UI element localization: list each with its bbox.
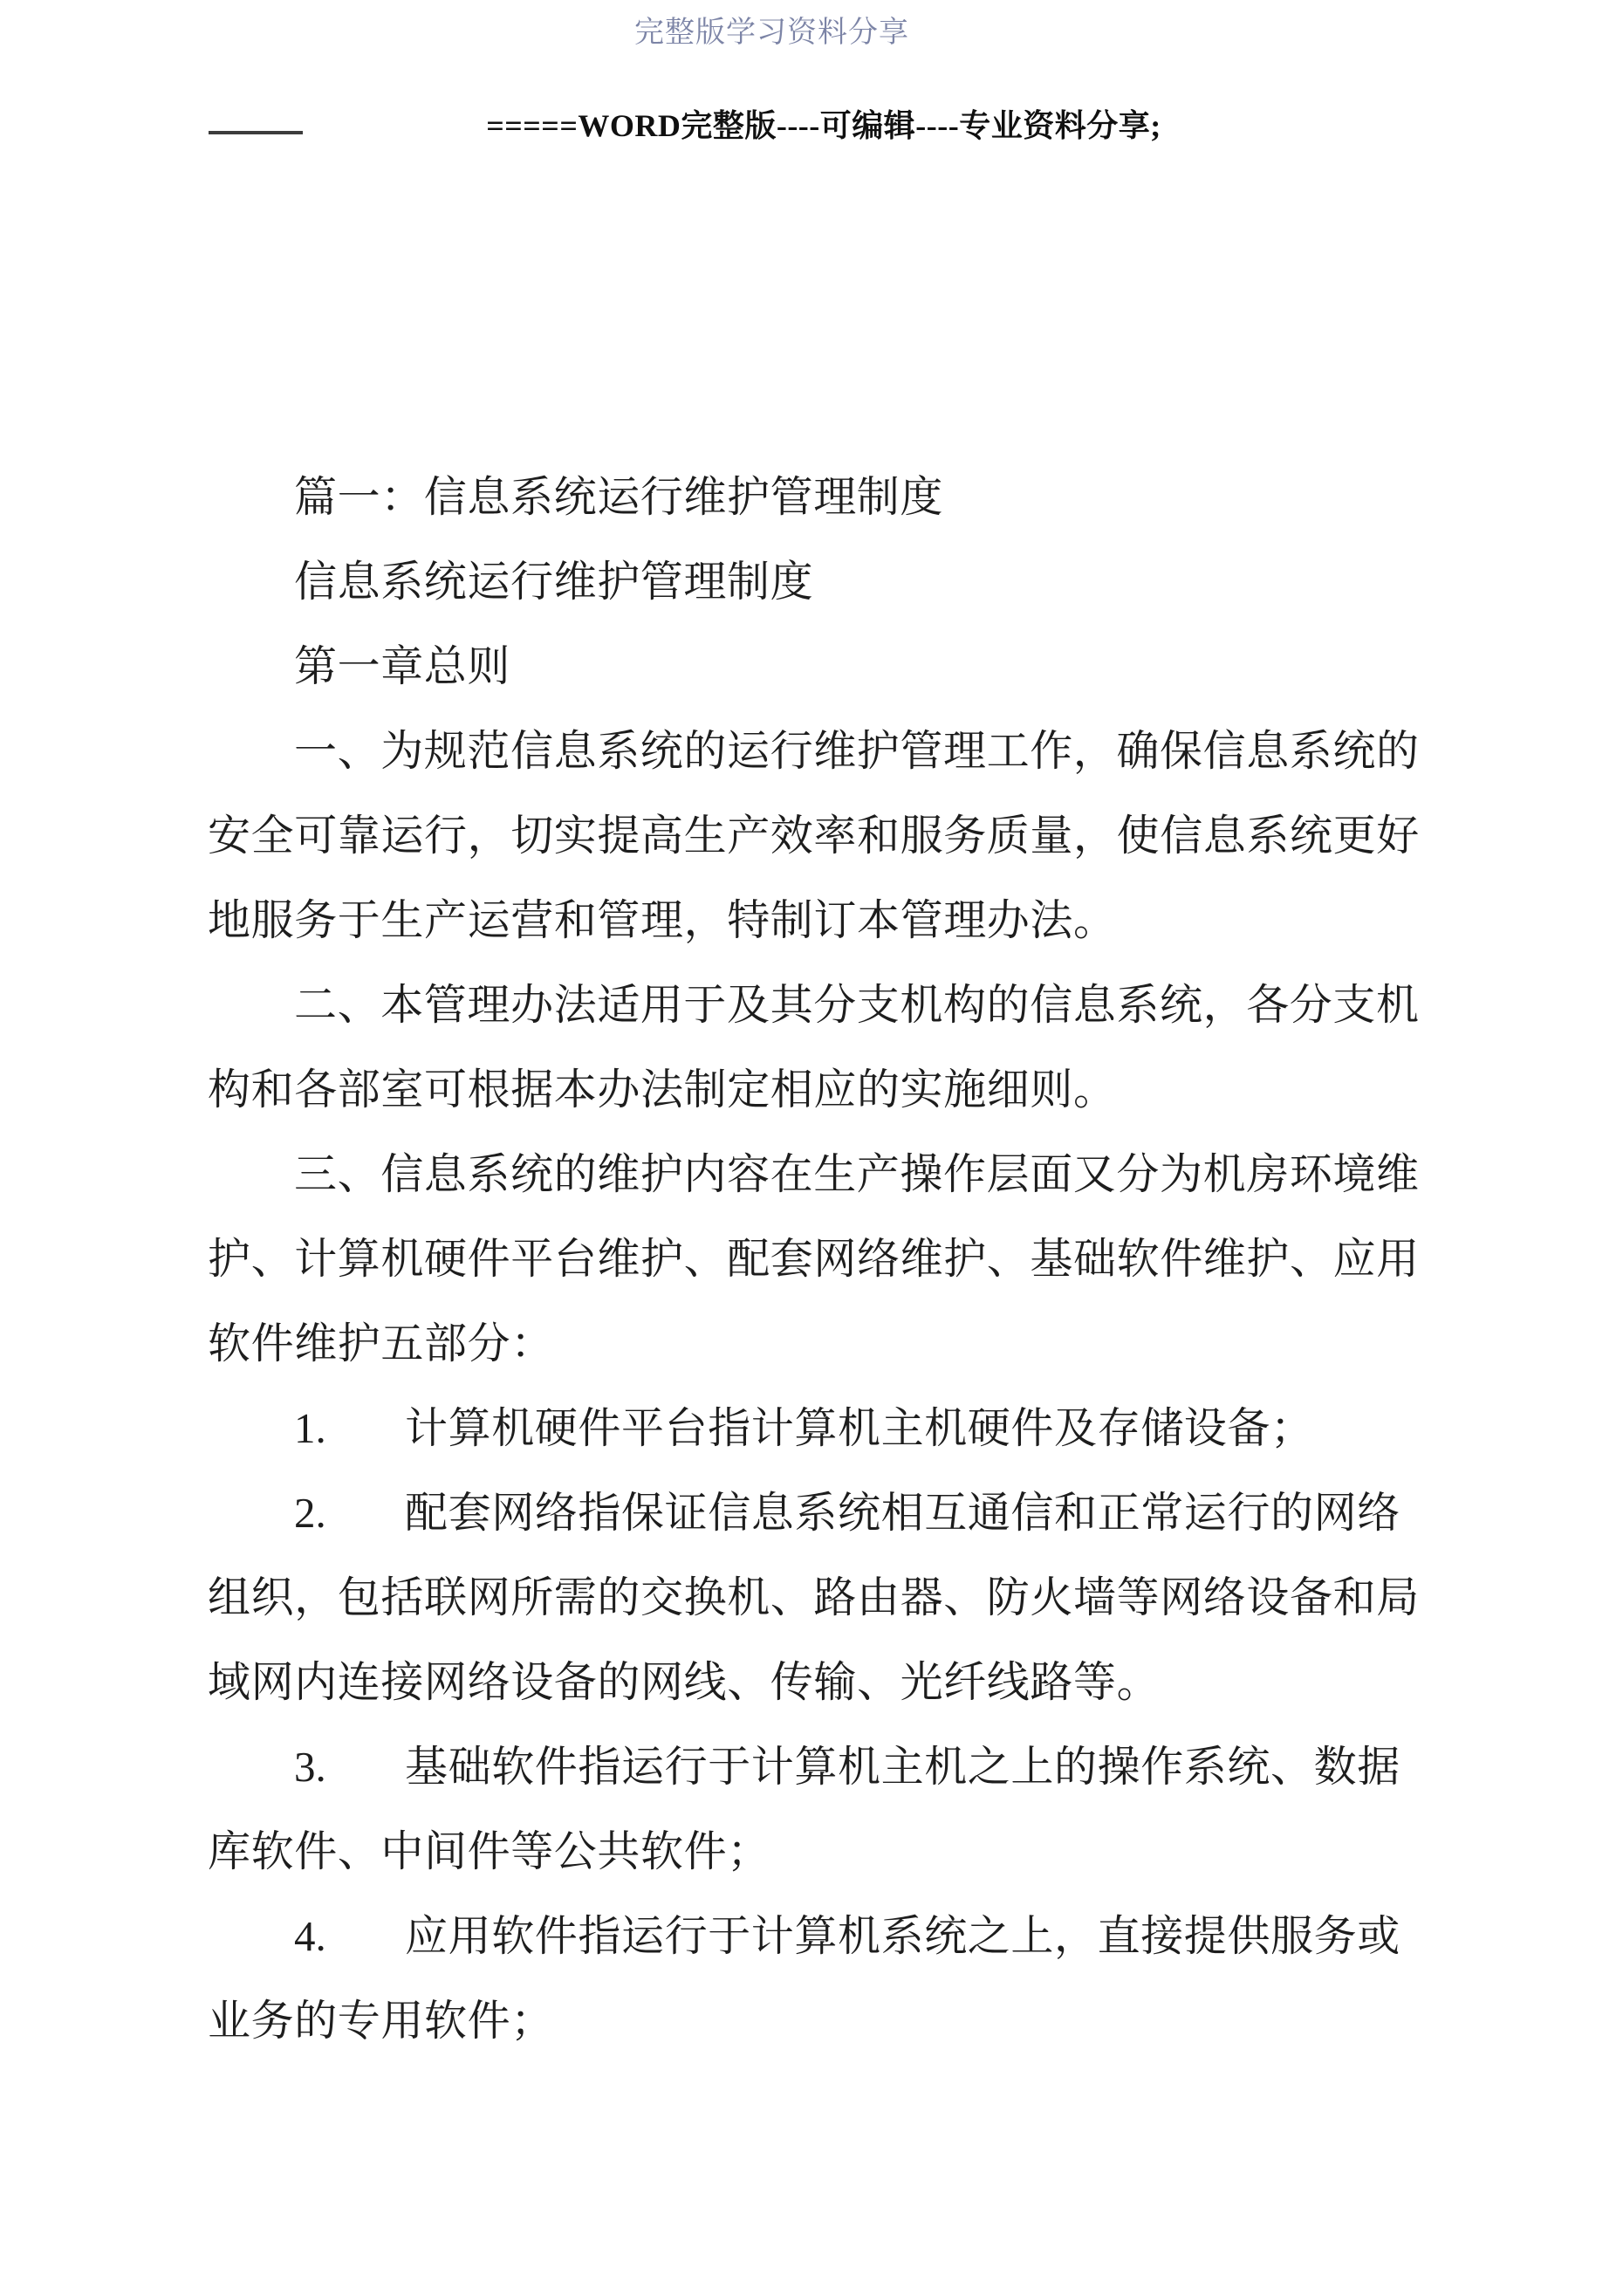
document-page: 完整版学习资料分享 =====WORD完整版----可编辑----专业资料分享;… bbox=[0, 0, 1623, 2296]
text-line: 构和各部室可根据本办法制定相应的实施细则。 bbox=[208, 1047, 1433, 1132]
line-text: 基础软件指运行于计算机主机之上的操作系统、数据 bbox=[405, 1743, 1400, 1791]
text-line: 4.应用软件指运行于计算机系统之上，直接提供服务或 bbox=[208, 1894, 1433, 1978]
text-line: 信息系统运行维护管理制度 bbox=[208, 539, 1433, 624]
line-text: 应用软件指运行于计算机系统之上，直接提供服务或 bbox=[405, 1912, 1400, 1960]
text-line: 组织，包括联网所需的交换机、路由器、防火墙等网络设备和局 bbox=[208, 1555, 1433, 1640]
text-line: 安全可靠运行，切实提高生产效率和服务质量，使信息系统更好 bbox=[208, 793, 1433, 878]
text-line: 软件维护五部分： bbox=[208, 1301, 1433, 1386]
list-number: 2. bbox=[294, 1470, 405, 1555]
text-line: 域网内连接网络设备的网线、传输、光纤线路等。 bbox=[208, 1640, 1433, 1724]
text-line: 二、本管理办法适用于及其分支机构的信息系统，各分支机 bbox=[208, 963, 1433, 1047]
text-line: 地服务于生产运营和管理，特制订本管理办法。 bbox=[208, 878, 1433, 963]
text-line: 第一章总则 bbox=[208, 624, 1433, 709]
list-number: 1. bbox=[294, 1386, 405, 1470]
header-note: =====WORD完整版----可编辑----专业资料分享; bbox=[12, 101, 1623, 146]
text-line: 3.基础软件指运行于计算机主机之上的操作系统、数据 bbox=[208, 1724, 1433, 1809]
text-line: 1.计算机硬件平台指计算机主机硬件及存储设备； bbox=[208, 1386, 1433, 1470]
text-line: 2.配套网络指保证信息系统相互通信和正常运行的网络 bbox=[208, 1470, 1433, 1555]
watermark-text: 完整版学习资料分享 bbox=[634, 8, 909, 51]
list-number: 3. bbox=[294, 1724, 405, 1809]
document-body: 篇一：信息系统运行维护管理制度信息系统运行维护管理制度第一章总则一、为规范信息系… bbox=[208, 455, 1433, 2063]
text-line: 一、为规范信息系统的运行维护管理工作，确保信息系统的 bbox=[208, 709, 1433, 793]
text-line: 库软件、中间件等公共软件； bbox=[208, 1809, 1433, 1894]
text-line: 业务的专用软件； bbox=[208, 1978, 1433, 2063]
line-text: 配套网络指保证信息系统相互通信和正常运行的网络 bbox=[405, 1489, 1400, 1537]
header-underline bbox=[209, 131, 303, 134]
text-line: 篇一：信息系统运行维护管理制度 bbox=[208, 455, 1433, 539]
text-line: 三、信息系统的维护内容在生产操作层面又分为机房环境维 bbox=[208, 1132, 1433, 1217]
list-number: 4. bbox=[294, 1894, 405, 1978]
line-text: 计算机硬件平台指计算机主机硬件及存储设备； bbox=[405, 1404, 1314, 1452]
text-line: 护、计算机硬件平台维护、配套网络维护、基础软件维护、应用 bbox=[208, 1217, 1433, 1301]
